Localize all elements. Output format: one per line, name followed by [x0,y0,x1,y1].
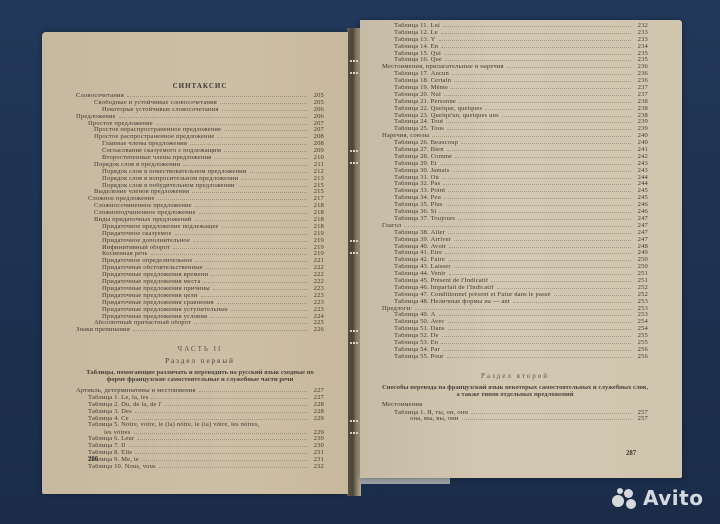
dot-leader [220,99,307,104]
dot-leader [449,270,631,275]
toc-entry-page: 226 [310,327,324,334]
dot-leader [454,77,631,82]
dot-leader [151,394,307,399]
toc-entry: Таблица 24. Tout239 [382,118,648,125]
dot-leader [451,84,631,89]
dot-leader [445,56,631,61]
dot-leader [443,346,631,351]
dot-leader [173,244,307,249]
dot-leader [194,319,307,324]
toc-entry: Придаточные предложения сравнения223 [76,299,324,306]
dot-leader [195,257,307,262]
dot-leader [201,292,307,297]
toc-entry-label: Таблица 5. Notre, votre, le (la) nôtre, … [88,422,259,429]
avito-watermark: Avito [612,486,703,510]
toc-entry-label: Предложение [76,114,116,121]
dot-leader [462,415,631,420]
toc-entry-label: Таблица 18. Certain [394,78,451,85]
dot-leader [250,168,307,173]
toc-entry: Таблица 1. Я, ты, он, они257 [382,409,648,416]
toc-entry: Таблица 30. Jamais243 [382,167,648,174]
toc-entry-label: Таблица 54. Par [394,347,440,354]
toc-entry: Придаточное определительное221 [76,257,324,264]
section-heading: Раздел первый [76,355,324,367]
toc-entry-label: Таблица 31. Où [394,175,439,182]
dot-leader [217,133,307,138]
toc-entry: Таблица 54. Par256 [382,346,648,353]
toc-entry: Таблица 49. A253 [382,311,648,318]
toc-entry-label: Придаточное сказуемое [102,231,172,238]
spine-stitch [350,240,358,254]
toc-entry-label: Таблица 34. Peu [394,195,441,202]
toc-entry: Простое предложение207 [76,120,324,127]
toc-entry-label: Порядок слов в вопросительном предложени… [102,176,238,183]
toc-entry: Согласование сказуемого с подлежащим209 [76,147,324,154]
toc-entry-label: Таблица 29. Et [394,161,437,168]
dot-leader [133,326,307,331]
toc-entry: Таблица 53. En255 [382,339,648,346]
dot-leader [447,125,631,130]
dot-leader [448,256,631,261]
toc-entry: Придаточное сказуемое219 [76,230,324,237]
dot-leader [447,146,631,151]
toc-entry: Таблица 29. Et243 [382,160,648,167]
toc-entry: Таблица 51. Dans254 [382,325,648,332]
toc-entry-label: Местоимения [382,402,422,409]
toc-entry: Таблица 43. Laisser250 [382,263,648,270]
right-page: Таблица 11. Lui232Таблица 12. Le233Табли… [360,20,682,478]
dot-leader [135,408,307,413]
toc-entry-label: Придаточные предложения места [102,279,200,286]
dot-leader [432,132,631,137]
dot-leader [210,313,307,318]
toc-entry-label: Придаточные предложения сравнения [102,300,214,307]
toc-entry: Инфинитивный оборот219 [76,244,324,251]
toc-entry: Таблица 36. Si246 [382,208,648,215]
dot-leader [127,92,307,97]
dot-leader [446,118,631,123]
toc-entry-label: Сложное предложение [88,196,155,203]
spine-stitch [350,150,358,164]
toc-entry: Таблица 7. Il230 [76,442,324,449]
toc-entry-page: 232 [310,464,324,471]
toc-entry: Глагол247 [382,222,648,229]
left-toc: СИНТАКСИС Словосочетания205Свободные и у… [42,80,348,470]
toc-syntax-list: Словосочетания205Свободные и устойчивые … [76,92,324,333]
dot-leader [222,223,307,228]
dot-leader [134,429,307,434]
dot-leader [442,332,631,337]
toc-entry: Порядок слов в предложении211 [76,161,324,168]
toc-entry: Таблица 3. Des228 [76,408,324,415]
toc-entry: Некоторые устойчивые словосочетания206 [76,106,324,113]
toc-entry: Придаточные предложения цели223 [76,292,324,299]
toc-entry-label: Таблица 51. Dans [394,326,445,333]
dot-leader [449,243,631,248]
dot-leader [513,298,631,303]
toc-entry: Таблица 8. Elle231 [76,449,324,456]
page-number: 287 [626,450,636,457]
dot-leader [190,140,307,145]
spine-stitch [350,60,358,74]
toc-entry: Таблица 44. Venir251 [382,270,648,277]
page-edge [360,478,450,484]
toc-entry-label: Придаточные предложения времени [102,272,208,279]
toc-entry: Простое распространенное предложение208 [76,133,324,140]
toc-entry: Главные члены предложения208 [76,140,324,147]
dot-leader [442,174,631,179]
dot-leader [439,36,631,41]
toc-entry-label: Таблица 6. Leur [88,436,134,443]
toc-entry-label: Наречия, союзы [382,133,429,140]
dot-leader [156,120,307,125]
toc-entry: Таблица 46. Imparfait de l'Indicatif252 [382,284,648,291]
dot-leader [443,180,631,185]
dot-leader [497,284,631,289]
dot-leader [192,188,307,193]
toc-entry: Таблица 35. Plus246 [382,201,648,208]
toc-entry-label: Таблица 55. Pour [394,354,444,361]
toc-entry: Таблица 2. Du, de la, de l'228 [76,401,324,408]
dot-leader [132,415,307,420]
dot-leader [491,277,631,282]
dot-leader [193,237,307,242]
toc-entry: Придаточные предложения причины223 [76,285,324,292]
toc-entry-label: Таблица 24. Tout [394,119,443,126]
dot-leader [183,161,307,166]
toc-entry-page: 229 [310,416,324,423]
toc-entry: Придаточные предложения условия224 [76,313,324,320]
toc-entry: Таблица 41. Etre249 [382,249,648,256]
toc-entry: Таблица 1. Le, la, les227 [76,394,324,401]
toc-entry: Таблица 28. Comme242 [382,153,648,160]
toc-entry-label: Таблица 20. Nul [394,92,441,99]
toc-entry-label: Таблица 21. Personne [394,99,456,106]
dot-leader [444,50,631,55]
toc-entry: Таблица 25. Tous239 [382,125,648,132]
toc-entry-label: Таблица 13. Y [394,37,436,44]
toc-entry-label: Таблица 19. Même [394,85,448,92]
page-number: 286 [88,456,98,463]
dot-leader [415,305,631,310]
dot-leader [224,147,307,152]
toc-entry-label: Придаточное определительное [102,258,192,265]
toc-entry: Таблица 20. Nul237 [382,91,648,98]
dot-leader [461,139,631,144]
spine-stitch [350,330,358,344]
dot-leader [448,187,631,192]
toc-entry: Наречия, союзы240 [382,132,648,139]
toc-entry: Таблица 14. En234 [382,43,648,50]
dot-leader [440,160,631,165]
dot-leader [445,249,631,254]
section-intro: Таблицы, помогающие различать и переводи… [76,369,324,383]
toc-entry: Таблица 22. Quelque, quelques238 [382,105,648,112]
toc-entry: Таблица 47. Conditionnel présent et Futu… [382,291,648,298]
dot-leader [195,216,307,221]
toc-entry-label: Придаточные предложения уступительные [102,307,228,314]
dot-leader [213,285,307,290]
toc-entry: Абсолютный причастный оборот225 [76,319,324,326]
dot-leader [455,153,631,158]
dot-leader [195,202,307,207]
toc-entry-label: Свободные и устойчивые словосочетания [94,100,217,107]
toc-entry: Придаточные предложения уступительные223 [76,306,324,313]
dot-leader [448,325,631,330]
toc-entry: Порядок слов в повествовательном предлож… [76,168,324,175]
dot-leader [135,449,307,454]
toc-entry: Косвенная речь219 [76,250,324,257]
dot-leader [199,387,307,392]
toc-entry-label: Таблица 11. Lui [394,23,440,30]
toc-entry-label: Таблица 43. Laisser [394,264,451,271]
toc-entry: Таблица 16. Que235 [382,56,648,63]
dot-leader [441,29,631,34]
dot-leader [175,230,307,235]
toc-entry-label: Знаки препинания [76,327,130,334]
dot-leader [238,182,307,187]
toc-entry-label: Таблица 44. Venir [394,271,446,278]
toc-entry-label: Придаточные обстоятельственные [102,265,203,272]
dot-leader [554,291,631,296]
toc-entry: Таблица 38. Aller247 [382,229,648,236]
toc-entry-label: Порядок слов в предложении [94,162,180,169]
toc-entry: она, мы, вы, они257 [382,415,648,422]
toc-entry-label: Таблица 22. Quelque, quelques [394,106,482,113]
dot-leader [241,175,307,180]
toc-entry: Таблица 13. Y233 [382,36,648,43]
toc-entry-label: Простое предложение [88,121,153,128]
toc-entry-label: Согласование сказуемого с подлежащим [102,148,221,155]
toc-entry-label: Косвенная речь [102,251,148,258]
toc-entry: Таблица 11. Lui232 [382,22,648,29]
dot-leader [199,209,307,214]
dot-leader [441,43,631,48]
toc-entry: Придаточное дополнительное219 [76,237,324,244]
toc-entry-label: Таблица 33. Point [394,188,445,195]
toc-entry: Таблица 37. Toujours247 [382,215,648,222]
toc-entry-label: Таблица 15. Qui [394,51,441,58]
toc-entry: Местоимения [382,402,648,409]
toc-entry: Порядок слов в побудительном предложении… [76,182,324,189]
toc-entry-label: Таблица 50. Avec [394,319,445,326]
toc-entry: Сложное предложение217 [76,195,324,202]
toc-entry-label: Глагол [382,223,401,230]
toc-entry: Придаточное предложение подлежащее218 [76,223,324,230]
toc-entry: Таблица 19. Même237 [382,84,648,91]
dot-leader [447,353,631,358]
dot-leader [439,311,631,316]
dot-leader [151,250,307,255]
toc-entry-label: Придаточные предложения условия [102,314,207,321]
toc-entry: Местоимения, прилагательные и наречия236 [382,63,648,70]
dot-leader [439,208,631,213]
toc-entry: Сложноподчиненное предложение218 [76,209,324,216]
toc-entry: Таблица 34. Peu245 [382,194,648,201]
dot-leader [222,106,307,111]
watermark-text: Avito [643,486,703,510]
dot-leader [217,299,307,304]
toc-entry-label: Таблица 1. Я, ты, он, они [394,410,468,417]
toc-entry-label: Таблица 27. Bien [394,147,444,154]
toc-entry-label: Таблица 45. Présent de l'Indicatif [394,278,488,285]
toc-entry-label: Таблица 46. Imparfait de l'Indicatif [394,285,494,292]
section-intro: Способы перевода на французский язык нек… [382,384,648,398]
dot-leader [452,167,631,172]
toc-entry: Предложение206 [76,113,324,120]
toc-entry: Второстепенные члены предложения210 [76,154,324,161]
toc-entry: Таблица 33. Point245 [382,187,648,194]
toc-entry: Таблица 52. De255 [382,332,648,339]
toc-entry-label: Таблица 42. Faire [394,257,445,264]
toc-entry-label: Таблица 17. Aucun [394,71,449,78]
dot-leader [507,63,631,68]
toc-entry-label: Сложносочиненное предложение [94,203,192,210]
dot-leader [231,306,307,311]
toc-entry-label: Таблица 41. Etre [394,250,442,257]
toc-entry: Таблица 17. Aucun236 [382,70,648,77]
toc-entry-label: Таблица 40. Avoir [394,244,446,251]
spine-stitch [350,420,358,434]
dot-leader [128,442,307,447]
toc-entry: Таблица 40. Avoir248 [382,243,648,250]
toc-entry: Словосочетания205 [76,92,324,99]
toc-entry: Выделение членов предложения215 [76,188,324,195]
dot-leader [448,229,631,234]
section-title: СИНТАКСИС [76,80,324,92]
part-heading: ЧАСТЬ II [76,343,324,355]
left-page: СИНТАКСИС Словосочетания205Свободные и у… [42,32,348,494]
toc-entry-label: Таблица 1. Le, la, les [88,395,148,402]
toc-entry: Знаки препинания226 [76,326,324,333]
dot-leader [211,271,307,276]
toc-entry: Порядок слов в вопросительном предложени… [76,175,324,182]
section-heading: Раздел второй [382,370,648,382]
toc-entry-label: Таблица 35. Plus [394,202,443,209]
dot-leader [165,401,307,406]
toc-tables-list: Артикль, детерминативы и местоимения227Т… [76,387,324,470]
toc-entry-label: Предлоги: [382,306,412,313]
toc-entry-label: Таблица 38. Aller [394,230,445,237]
toc-entry: Таблица 5. Notre, votre, le (la) nôtre, … [76,422,324,429]
dot-leader [443,22,631,27]
toc-entry-label: Сложноподчиненное предложение [94,210,196,217]
dot-leader [502,112,631,117]
toc-entry-label: Таблица 53. En [394,340,438,347]
toc-entry: Придаточные предложения места222 [76,278,324,285]
toc-entry-label: Таблица 52. De [394,333,439,340]
toc-entry-label: Таблица 39. Arriver [394,237,451,244]
toc-entry-label: Таблица 36. Si [394,209,436,216]
toc-entry: Таблица 26. Beaucoup240 [382,139,648,146]
toc-entry-label: Порядок слов в повествовательном предлож… [102,169,247,176]
toc-entry: Таблица 12. Le233 [382,29,648,36]
toc-entry: Таблица 10. Nous, vous232 [76,463,324,470]
toc-entry: Артикль, детерминативы и местоимения227 [76,387,324,394]
dot-leader [441,339,631,344]
toc-entry-label: Таблица 12. Le [394,30,438,37]
toc-entry-label: Придаточные предложения причины [102,286,210,293]
toc-entry: Таблица 6. Leur230 [76,435,324,442]
toc-entry-label: она, мы, вы, они [410,416,459,423]
toc-entry-label: Словосочетания [76,93,124,100]
dot-leader [159,463,307,468]
toc-entry: les vôtres229 [76,429,324,436]
dot-leader [158,195,307,200]
toc-entry: Таблица 31. Où244 [382,174,648,181]
toc-entry: Таблица 39. Arriver247 [382,236,648,243]
toc-entry: Таблица 4. Ce229 [76,415,324,422]
toc-entry: Придаточные обстоятельственные222 [76,264,324,271]
avito-logo-icon [612,487,640,509]
dot-leader [485,105,631,110]
dot-leader [448,318,631,323]
toc-entry: Таблица 55. Pour256 [382,353,648,360]
dot-leader [458,215,631,220]
toc-entry: Таблица 21. Personne238 [382,98,648,105]
dot-leader [444,91,631,96]
toc-entry-label: Таблица 3. Des [88,409,132,416]
toc-entry: Таблица 42. Faire250 [382,256,648,263]
dot-leader [471,409,631,414]
dot-leader [224,126,307,131]
toc-entry: Предлоги:253 [382,305,648,312]
toc-entry: Таблица 15. Qui235 [382,50,648,57]
toc-tables-list: Таблица 11. Lui232Таблица 12. Le233Табли… [382,22,648,360]
dot-leader [203,278,307,283]
toc-entry: Виды придаточных предложений218 [76,216,324,223]
toc-entry-label: Таблица 49. A [394,312,436,319]
toc-entry: Таблица 50. Avec254 [382,318,648,325]
dot-leader [404,222,631,227]
toc-entry: Таблица 27. Bien241 [382,146,648,153]
toc-entry-label: Таблица 14. En [394,44,438,51]
dot-leader [446,201,631,206]
toc-entry: Таблица 45. Présent de l'Indicatif251 [382,277,648,284]
toc-tail-list: МестоименияТаблица 1. Я, ты, он, они257о… [382,402,648,423]
toc-entry-label: Простое нераспространенное предложение [94,127,221,134]
toc-entry: Придаточные предложения времени222 [76,271,324,278]
toc-entry-label: Главные члены предложения [102,141,187,148]
dot-leader [454,263,631,268]
toc-entry-label: Таблица 7. Il [88,443,125,450]
toc-entry-label: les vôtres [104,430,131,437]
dot-leader [142,456,307,461]
toc-entry-label: Таблица 32. Pas [394,181,440,188]
toc-entry: Таблица 9. Me, te231 [76,456,324,463]
toc-entry-label: Таблица 10. Nous, vous [88,464,156,471]
toc-entry-page: 257 [634,416,648,423]
dot-leader [214,154,307,159]
right-toc: Таблица 11. Lui232Таблица 12. Le233Табли… [360,22,682,422]
toc-entry-label: Виды придаточных предложений [94,217,192,224]
dot-leader [454,236,631,241]
dot-leader [119,113,307,118]
dot-leader [459,98,631,103]
dot-leader [452,70,631,75]
toc-entry: Сложносочиненное предложение218 [76,202,324,209]
toc-entry: Таблица 48. Неличные формы на — ant253 [382,298,648,305]
dot-leader [444,194,631,199]
toc-entry-label: Таблица 16. Que [394,57,442,64]
toc-entry-label: Придаточные предложения цели [102,293,198,300]
toc-entry: Свободные и устойчивые словосочетания205 [76,99,324,106]
toc-entry: Таблица 23. Quelqu'un, quelques uns238 [382,112,648,119]
toc-entry: Простое нераспространенное предложение20… [76,126,324,133]
dot-leader [206,264,307,269]
toc-entry-page: 256 [634,354,648,361]
toc-entry: Таблица 18. Certain236 [382,77,648,84]
